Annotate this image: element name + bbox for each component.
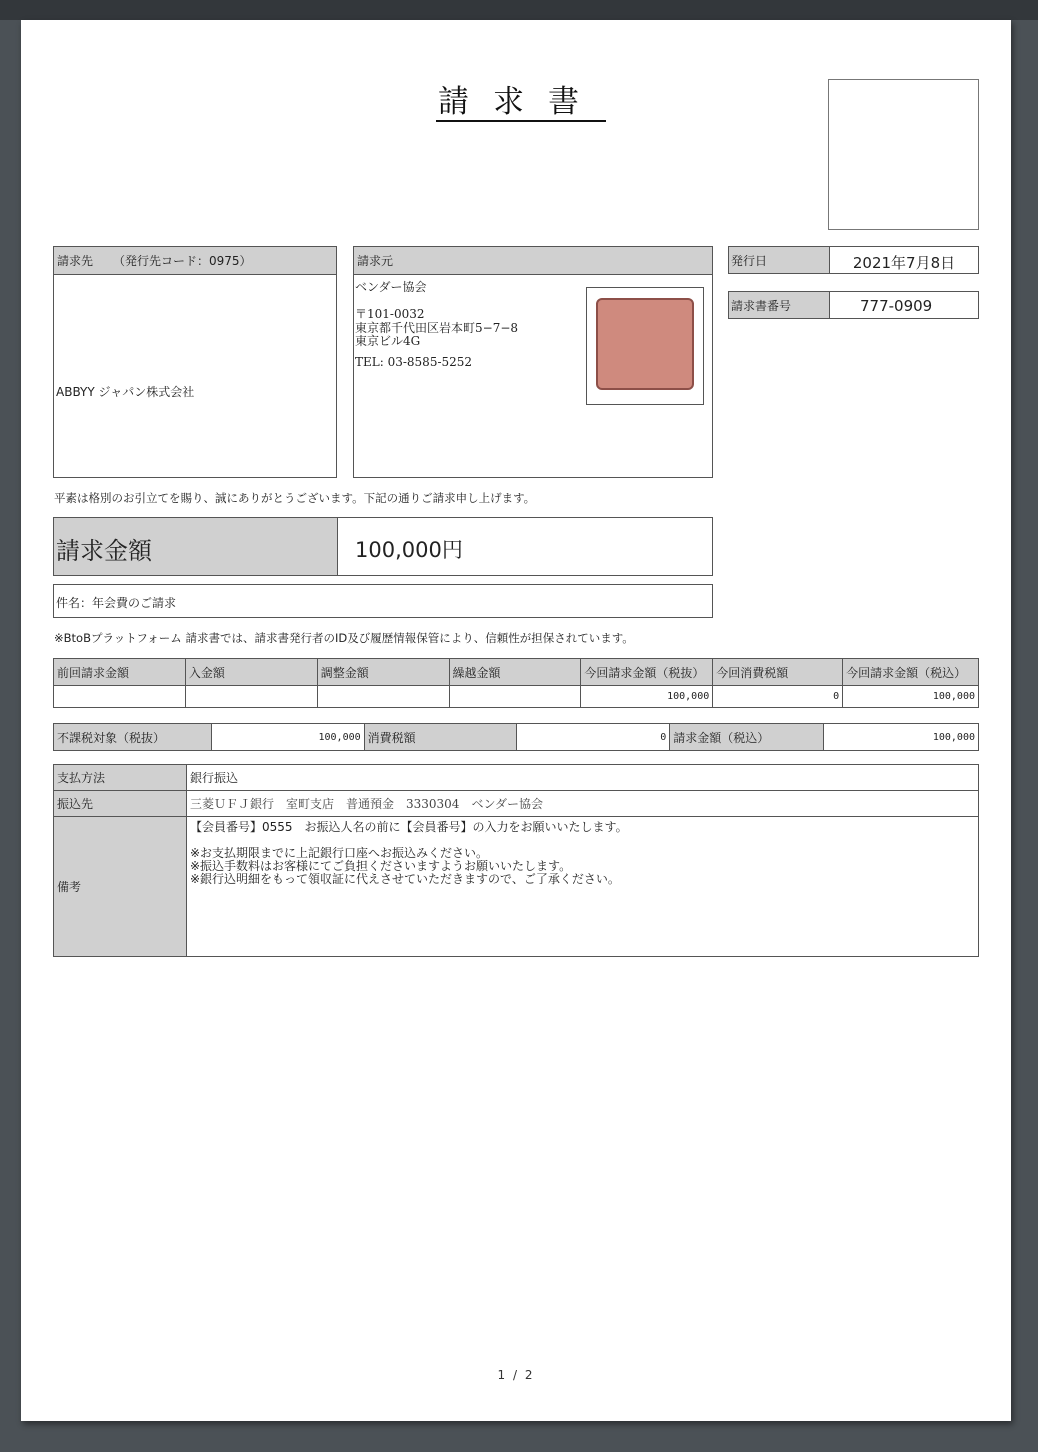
issuer-code: （発行先コード：0975） xyxy=(113,252,252,269)
summary-header: 前回請求金額 xyxy=(54,659,186,686)
bill-to-box: 請求先 （発行先コード：0975） ABBYY ジャパン株式会社 xyxy=(53,246,337,478)
amount-value: 100,000円 xyxy=(338,518,712,575)
summary-header: 今回請求金額（税抜） xyxy=(581,659,713,686)
vendor-name: ベンダー協会 xyxy=(355,278,427,295)
total-label: 請求金額（税込） xyxy=(670,724,824,751)
summary-cell: 0 xyxy=(713,686,843,708)
table-row: 備考 【会員番号】0555 お振込人名の前に【会員番号】の入力をお願いいたします… xyxy=(54,817,979,957)
greeting-text: 平素は格別のお引立てを賜り、誠にありがとうございます。下記の通りご請求申し上げま… xyxy=(54,490,535,506)
bill-from-label: 請求元 xyxy=(354,252,393,269)
summary-header: 調整金額 xyxy=(317,659,449,686)
summary-cell xyxy=(185,686,317,708)
payment-method-label: 支払方法 xyxy=(54,765,187,791)
subject-box: 件名：年会費のご請求 xyxy=(53,584,713,618)
bill-to-company: ABBYY ジャパン株式会社 xyxy=(56,385,194,399)
table-row: 支払方法 銀行振込 xyxy=(54,765,979,791)
summary-table: 前回請求金額 入金額 調整金額 繰越金額 今回請求金額（税抜） 今回消費税額 今… xyxy=(53,658,979,708)
bill-from-header: 請求元 xyxy=(354,247,712,275)
amount-label: 請求金額 xyxy=(54,518,338,575)
consumption-tax-label: 消費税額 xyxy=(364,724,517,751)
viewer-toolbar xyxy=(0,0,1038,20)
bill-to-header: 請求先 （発行先コード：0975） xyxy=(54,247,336,275)
table-row: 振込先 三菱ＵＦＪ銀行 室町支店 普通預金 3330304 ベンダー協会 xyxy=(54,791,979,817)
summary-cell xyxy=(317,686,449,708)
remarks-line: 【会員番号】0555 お振込人名の前に【会員番号】の入力をお願いいたします。 xyxy=(190,820,975,834)
summary-header-row: 前回請求金額 入金額 調整金額 繰越金額 今回請求金額（税抜） 今回消費税額 今… xyxy=(54,659,979,686)
tax-table: 不課税対象（税抜） 100,000 消費税額 0 請求金額（税込） 100,00… xyxy=(53,723,979,751)
issue-date-row: 発行日 2021年7月8日 xyxy=(728,246,979,274)
bill-to-label: 請求先 xyxy=(54,252,93,269)
issue-date-value: 2021年7月8日 xyxy=(830,247,978,273)
amount-box: 請求金額 100,000円 xyxy=(53,517,713,576)
postal-code: 〒101-0032 xyxy=(355,305,425,322)
bank-account-label: 振込先 xyxy=(54,791,187,817)
invoice-number-value: 777-0909 xyxy=(830,292,978,318)
address-line2: 東京ビル4G xyxy=(355,335,420,348)
company-seal-icon xyxy=(596,298,694,390)
summary-cell xyxy=(54,686,186,708)
summary-cell xyxy=(449,686,581,708)
subject-text: 件名：年会費のご請求 xyxy=(54,585,712,611)
summary-cell: 100,000 xyxy=(581,686,713,708)
bank-account-value: 三菱ＵＦＪ銀行 室町支店 普通預金 3330304 ベンダー協会 xyxy=(187,791,979,817)
remarks-cell: 【会員番号】0555 お振込人名の前に【会員番号】の入力をお願いいたします。 ※… xyxy=(187,817,979,957)
issue-date-label: 発行日 xyxy=(729,247,830,273)
vendor-tel: TEL: 03-8585-5252 xyxy=(355,355,472,369)
summary-header: 入金額 xyxy=(185,659,317,686)
payment-method-value: 銀行振込 xyxy=(187,765,979,791)
invoice-number-label: 請求書番号 xyxy=(729,292,830,318)
page-indicator: 1 / 2 xyxy=(21,1368,1011,1382)
remarks-label: 備考 xyxy=(54,817,187,957)
summary-header: 今回消費税額 xyxy=(713,659,843,686)
remarks-line: ※銀行込明細をもって領収証に代えさせていただきますので、ご了承ください。 xyxy=(190,873,975,886)
document-page: 請求書 請求先 （発行先コード：0975） ABBYY ジャパン株式会社 請求元… xyxy=(21,20,1011,1421)
summary-cell: 100,000 xyxy=(843,686,979,708)
payment-table: 支払方法 銀行振込 振込先 三菱ＵＦＪ銀行 室町支店 普通預金 3330304 … xyxy=(53,764,979,957)
notice-text: ※BtoBプラットフォーム 請求書では、請求書発行者のID及び履歴情報保管により… xyxy=(54,630,634,646)
summary-header: 繰越金額 xyxy=(449,659,581,686)
summary-header: 今回請求金額（税込） xyxy=(843,659,979,686)
consumption-tax-value: 0 xyxy=(517,724,670,751)
seal-frame xyxy=(586,287,704,405)
stamp-box xyxy=(828,79,979,230)
total-value: 100,000 xyxy=(824,724,979,751)
non-taxable-label: 不課税対象（税抜） xyxy=(54,724,212,751)
table-row: 不課税対象（税抜） 100,000 消費税額 0 請求金額（税込） 100,00… xyxy=(54,724,979,751)
document-title: 請求書 xyxy=(436,82,606,122)
non-taxable-value: 100,000 xyxy=(211,724,364,751)
table-row: 100,000 0 100,000 xyxy=(54,686,979,708)
invoice-number-row: 請求書番号 777-0909 xyxy=(728,291,979,319)
